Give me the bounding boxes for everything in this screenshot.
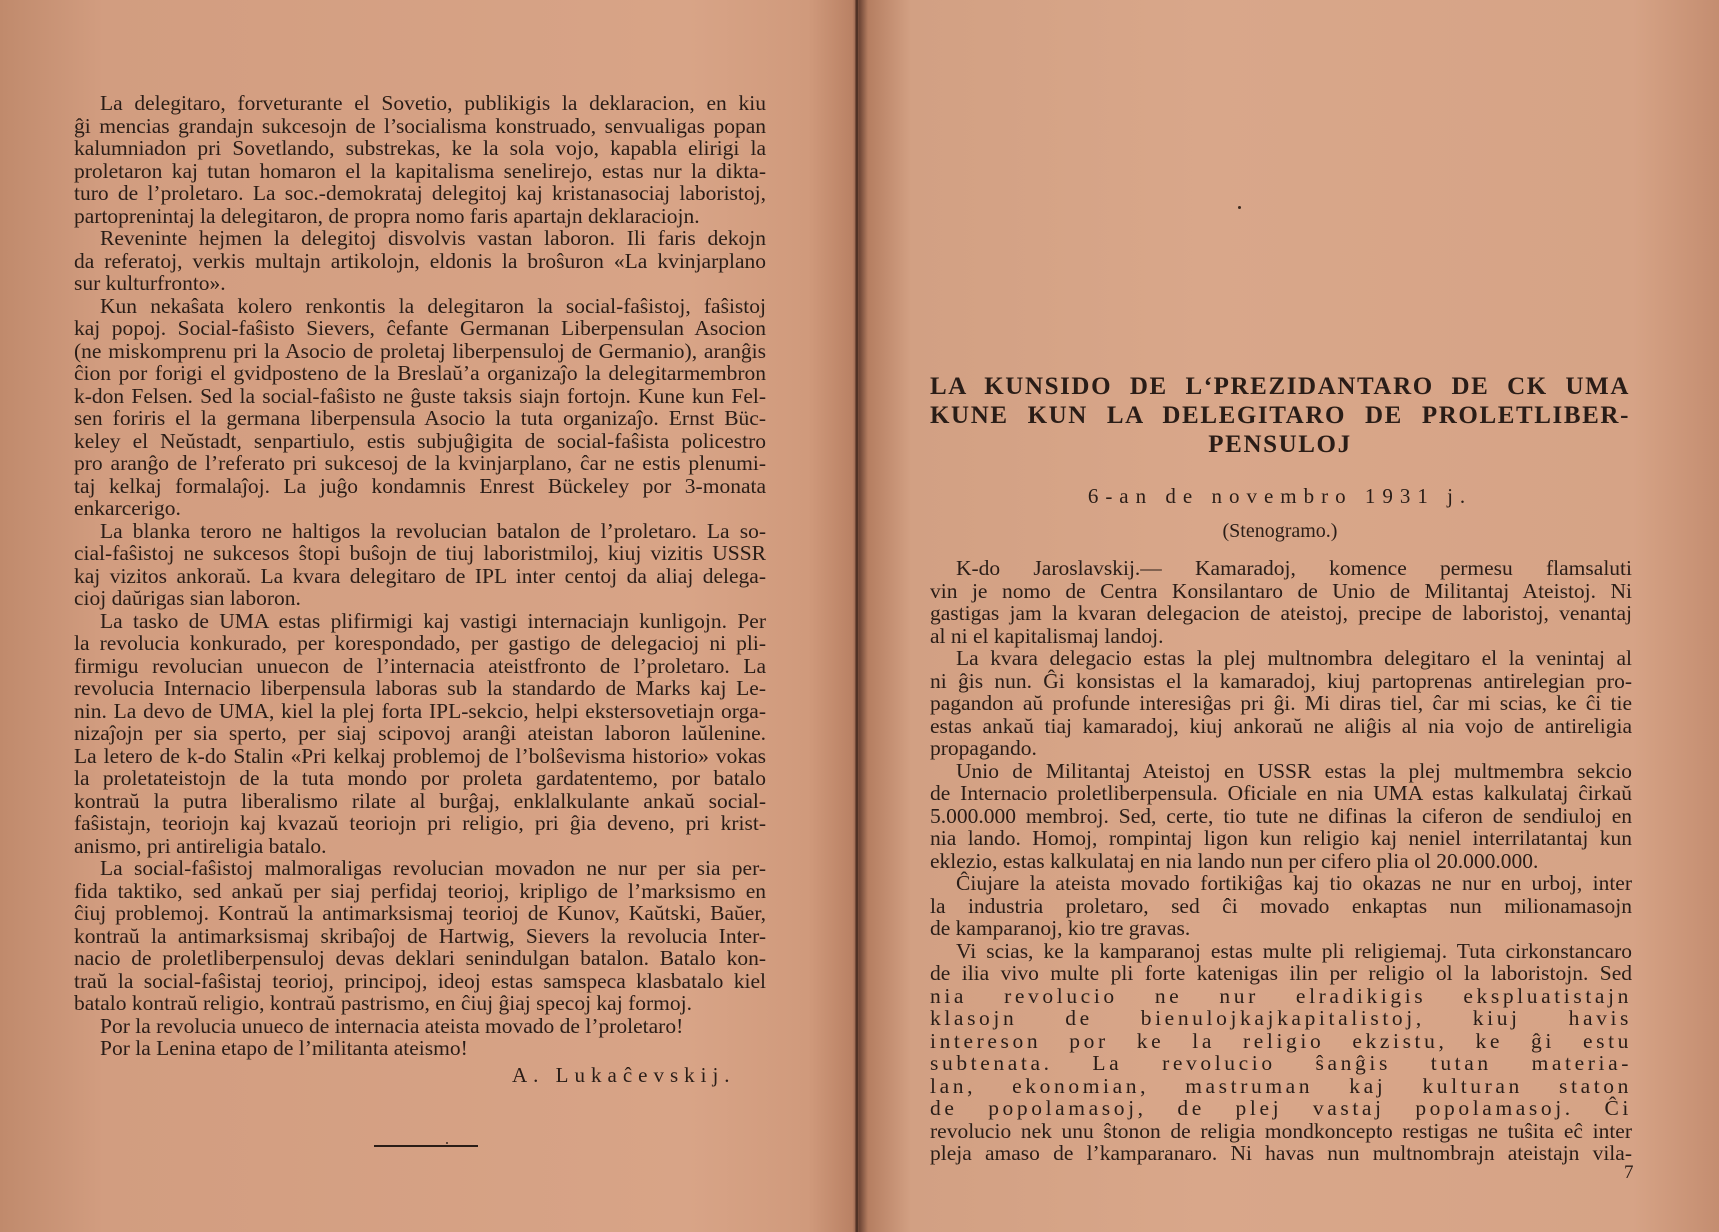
text-line: kontraŭ la putra liberalismo rilate al b… — [74, 790, 766, 813]
text-line: de ilia vivo multe pli forte katenigas i… — [930, 962, 1632, 985]
text-line: gastigas jam la kvaran delegacion de ate… — [930, 602, 1632, 625]
left-page: La delegitaro, forveturante el Sovetio, … — [0, 0, 857, 1232]
text-line: Por la revolucia unueco de internacia at… — [74, 1015, 766, 1038]
text-line: La blanka teroro ne haltigos la revoluci… — [74, 520, 766, 543]
text-line: nin. La devo de UMA, kiel la plej forta … — [74, 700, 766, 723]
text-line: La kvara delegacio estas la plej multnom… — [930, 647, 1632, 670]
text-line: La letero de k-do Stalin «Pri kelkaj pro… — [74, 745, 766, 768]
paper-speck — [446, 1142, 448, 1144]
text-line: ni ĝis nun. Ĝi konsistas el la kamaradoj… — [930, 670, 1632, 693]
page-number: 7 — [1624, 1162, 1634, 1184]
text-line: ĝi mencias grandajn sukcesojn de l’socia… — [74, 115, 766, 138]
article-title: LA KUNSIDO DE L‘PREZIDANTARO DE CK UMA K… — [930, 372, 1630, 459]
text-line: Vi scias, ke la kamparanoj estas multe p… — [930, 940, 1632, 963]
paper-speck — [1238, 206, 1241, 209]
text-line: lan, ekonomian, mastruman kaj kulturan s… — [930, 1075, 1632, 1098]
text-line: revolucia Internacio liberpensula labora… — [74, 677, 766, 700]
section-end-rule — [374, 1145, 478, 1147]
text-line: kalumniadon pri Sovetlando, substrekas, … — [74, 137, 766, 160]
text-line: Reveninte hejmen la delegitoj disvolvis … — [74, 227, 766, 250]
text-line: La social-faŝistoj malmoraligas revoluci… — [74, 857, 766, 880]
text-line: ĉiuj problemoj. Kontraŭ la antimarksisma… — [74, 902, 766, 925]
text-line: enkarcerigo. — [74, 497, 766, 520]
author-signature: A. Lukaĉevskij. — [512, 1063, 736, 1088]
text-line: sen foriris el la germana liberpensula A… — [74, 407, 766, 430]
text-line: pro aranĝo de l’referato pri sukcesoj de… — [74, 452, 766, 475]
text-line: de kamparanoj, kio tre gravas. — [930, 917, 1632, 940]
text-line: kaj vizitos ankoraŭ. La kvara delegitaro… — [74, 565, 766, 588]
text-line: K-do Jaroslavskij.— Kamaradoj, komence p… — [930, 557, 1632, 580]
text-line: batalo kontraŭ religio, kontraŭ pastrism… — [74, 992, 766, 1015]
text-line: intereson por ke la religio ekzistu, ke … — [930, 1030, 1632, 1053]
text-line: Por la Lenina etapo de l’militanta ateis… — [74, 1037, 766, 1060]
book-spread: La delegitaro, forveturante el Sovetio, … — [0, 0, 1719, 1232]
title-line-1: LA KUNSIDO DE L‘PREZIDANTARO DE CK UMA — [930, 372, 1630, 401]
text-line: sur kulturfronto». — [74, 272, 766, 295]
text-line: Unio de Militantaj Ateistoj en USSR esta… — [930, 760, 1632, 783]
text-line: keley el Neŭstadt, senpartiulo, estis su… — [74, 430, 766, 453]
text-line: partoprenintaj la delegitaron, de propra… — [74, 205, 766, 228]
text-line: al ni el kapitalismaj landoj. — [930, 625, 1632, 648]
text-line: da referatoj, verkis multajn artikolojn,… — [74, 250, 766, 273]
text-line: revolucio nek unu ŝtonon de religia mond… — [930, 1120, 1632, 1143]
text-line: la proletateistojn de la tuta mondo por … — [74, 767, 766, 790]
text-line: (ne miskomprenu pri la Asocio de proleta… — [74, 340, 766, 363]
text-line: ĉion por forigi el gvidposteno de la Bre… — [74, 362, 766, 385]
text-line: firmigu revolucian unuecon de l’internac… — [74, 655, 766, 678]
article-subtitle: (Stenogramo.) — [930, 520, 1630, 543]
text-line: anismo, pri antireligia batalo. — [74, 835, 766, 858]
text-line: faŝistajn, teoriojn kaj kvazaŭ teoriojn … — [74, 812, 766, 835]
title-line-3: PENSULOJ — [930, 430, 1630, 459]
text-line: nizaĵojn per sia sperto, per siaj scipov… — [74, 722, 766, 745]
text-line: La delegitaro, forveturante el Sovetio, … — [74, 92, 766, 115]
right-page-body-text: K-do Jaroslavskij.— Kamaradoj, komence p… — [930, 557, 1632, 1165]
text-line: fida taktiko, sed ankaŭ per siaj perfida… — [74, 880, 766, 903]
text-line: de popolamasoj, de plej vastaj popolamas… — [930, 1097, 1632, 1120]
text-line: cioj daŭrigas sian laboron. — [74, 587, 766, 610]
text-line: 5.000.000 membroj. Sed, certe, tio tute … — [930, 805, 1632, 828]
text-line: kontraŭ la antimarksismaj skribaĵoj de H… — [74, 925, 766, 948]
text-line: proletaron kaj tutan homaron el la kapit… — [74, 160, 766, 183]
title-line-2: KUNE KUN LA DELEGITARO DE PROLETLIBER- — [930, 401, 1630, 430]
left-page-body-text: La delegitaro, forveturante el Sovetio, … — [74, 92, 766, 1060]
article-date: 6-an de novembro 1931 j. — [930, 484, 1630, 509]
text-line: kaj popoj. Social-faŝisto Sievers, ĉefan… — [74, 317, 766, 340]
text-line: cial-faŝistoj ne sukcesos ŝtopi buŝojn d… — [74, 542, 766, 565]
text-line: turo de l’proletaro. La soc.-demokrataj … — [74, 182, 766, 205]
text-line: la revolucia konkurado, per korespondado… — [74, 632, 766, 655]
text-line: klasojn de bienulojkajkapitalistoj, kiuj… — [930, 1007, 1632, 1030]
text-line: taj kelkaj formalaĵoj. La juĝo kondamnis… — [74, 475, 766, 498]
text-line: nia lando. Homoj, rompintaj ligon kun re… — [930, 827, 1632, 850]
text-line: vin je nomo de Centra Konsilantaro de Un… — [930, 580, 1632, 603]
text-line: eklezio, estas kalkulataj en nia lando n… — [930, 850, 1632, 873]
text-line: de Internacio proletliberpensula. Oficia… — [930, 782, 1632, 805]
text-line: propagando. — [930, 737, 1632, 760]
text-line: Ĉiujare la ateista movado fortikiĝas kaj… — [930, 872, 1632, 895]
text-line: estas ankaŭ tiaj kamaradoj, kiuj ankoraŭ… — [930, 715, 1632, 738]
text-line: nia revolucio ne nur elradikigis eksplua… — [930, 985, 1632, 1008]
text-line: nacio de proletliberpensuloj devas dekla… — [74, 947, 766, 970]
text-line: subtenata. La revolucio ŝanĝis tutan mat… — [930, 1052, 1632, 1075]
text-line: traŭ la social-faŝistaj teorioj, princip… — [74, 970, 766, 993]
text-line: pleja amaso de l’kamparanaro. Ni havas n… — [930, 1142, 1632, 1165]
text-line: Kun nekaŝata kolero renkontis la delegit… — [74, 295, 766, 318]
text-line: pagandon aŭ profunde interesiĝas pri ĝi.… — [930, 692, 1632, 715]
text-line: k-don Felsen. Sed la social-faŝisto ne ĝ… — [74, 385, 766, 408]
text-line: La tasko de UMA estas plifirmigi kaj vas… — [74, 610, 766, 633]
text-line: la industria proletaro, sed ĉi movado en… — [930, 895, 1632, 918]
